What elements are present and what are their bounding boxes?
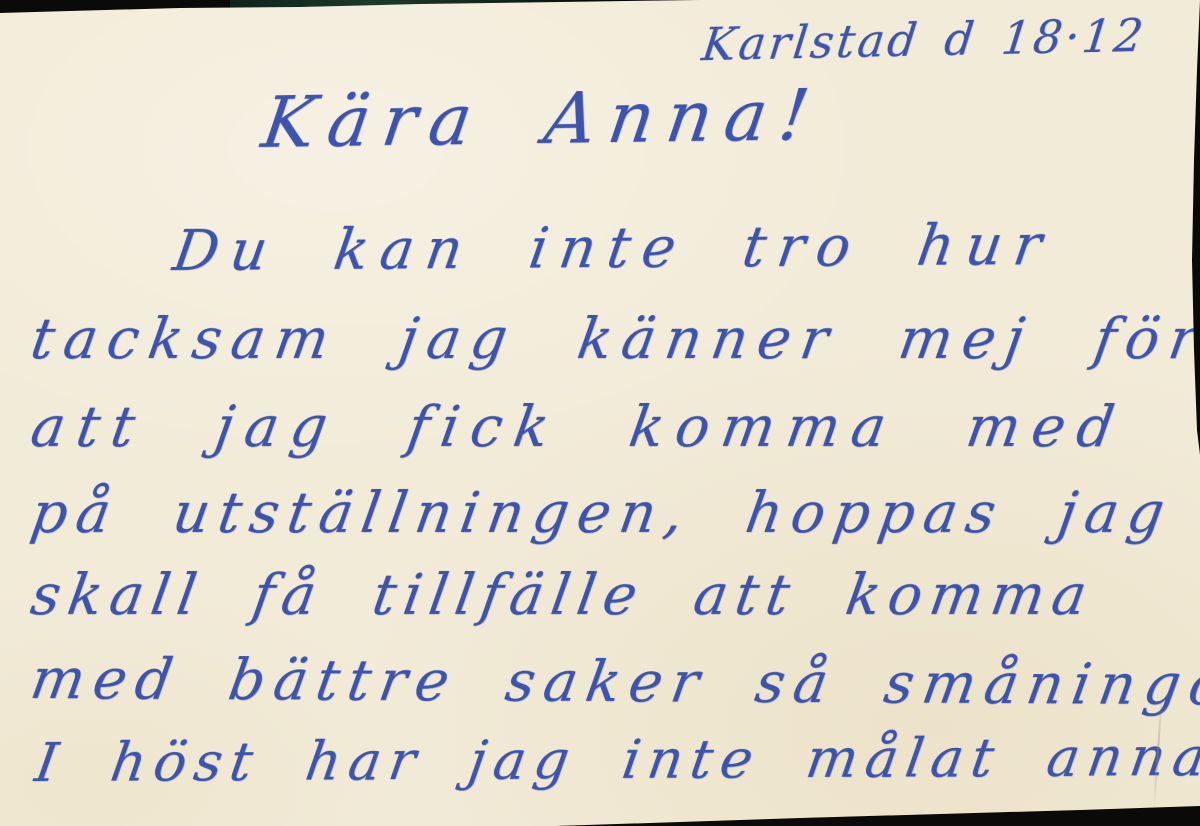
body-line-5: skall få tillfälle att komma [27, 568, 1098, 624]
scan-background: Karlstad d 18·12 Kära Anna! Du kan inte … [0, 0, 1200, 826]
dateline: Karlstad d 18·12 [699, 13, 1148, 67]
body-line-3: att jag fick komma med [27, 400, 1129, 456]
body-line-4: på utställningen, hoppas jag [27, 486, 1177, 542]
body-line-7: I höst har jag inte målat annat [32, 730, 1200, 790]
greeting: Kära Anna! [258, 80, 826, 158]
letter-card: Karlstad d 18·12 Kära Anna! Du kan inte … [0, 0, 1200, 826]
body-line-6: med bättre saker så småningom [27, 652, 1200, 715]
body-line-2: tacksam jag känner mej för [27, 312, 1200, 368]
body-line-1: Du kan inte tro hur [170, 218, 1058, 280]
